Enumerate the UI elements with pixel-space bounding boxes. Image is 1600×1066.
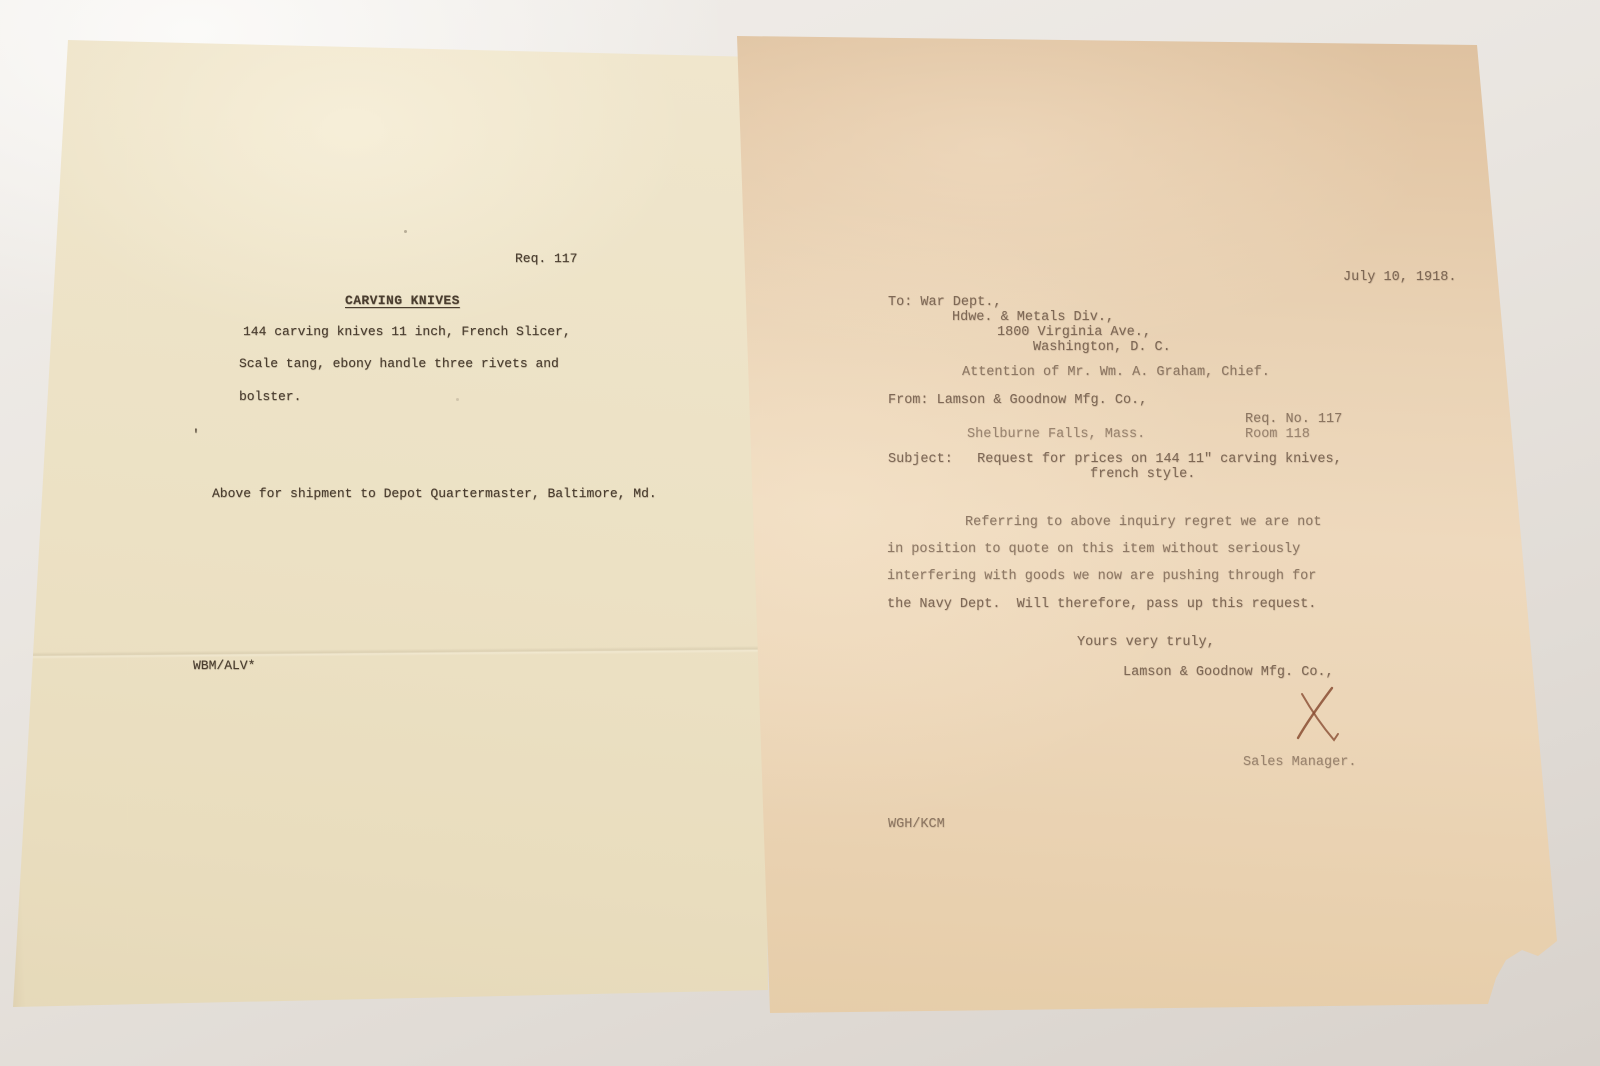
subject-line: french style. xyxy=(1090,468,1195,482)
body-line: 144 carving knives 11 inch, French Slice… xyxy=(243,325,571,338)
body-line: Scale tang, ebony handle three rivets an… xyxy=(239,357,559,370)
subject-line: Subject: Request for prices on 144 11" c… xyxy=(888,453,1342,467)
body-line: Referring to above inquiry regret we are… xyxy=(965,516,1321,530)
from-line: From: Lamson & Goodnow Mfg. Co., xyxy=(888,394,1147,408)
signed-title: Sales Manager. xyxy=(1243,756,1356,770)
attention-line: Attention of Mr. Wm. A. Graham, Chief. xyxy=(962,366,1270,380)
to-line: 1800 Virginia Ave., xyxy=(997,326,1151,340)
letter-date: July 10, 1918. xyxy=(1343,271,1456,285)
paper-fold-crease xyxy=(18,646,760,659)
req-number: Req. No. 117 xyxy=(1245,413,1342,427)
body-line: in position to quote on this item withou… xyxy=(887,543,1300,557)
body-line: bolster. xyxy=(239,390,301,403)
from-location: Shelburne Falls, Mass. xyxy=(967,428,1145,442)
company-signature-line: Lamson & Goodnow Mfg. Co., xyxy=(1123,666,1334,680)
to-line: To: War Dept., xyxy=(888,296,1001,310)
room-number: Room 118 xyxy=(1245,428,1310,442)
ink-speck xyxy=(404,230,407,233)
to-line: Hdwe. & Metals Div., xyxy=(952,311,1114,325)
typist-initials: WGH/KCM xyxy=(888,818,945,832)
ink-speck xyxy=(456,398,459,401)
document-title: CARVING KNIVES xyxy=(345,294,460,307)
body-line: interfering with goods we now are pushin… xyxy=(887,570,1316,584)
closing-line: Yours very truly, xyxy=(1077,636,1215,650)
signature-x-mark xyxy=(1288,684,1344,746)
typist-initials: WBM/ALV* xyxy=(193,659,255,672)
body-line: the Navy Dept. Will therefore, pass up t… xyxy=(887,598,1316,612)
photograph-background: Req. 117 CARVING KNIVES 144 carving kniv… xyxy=(0,0,1600,1066)
to-line: Washington, D. C. xyxy=(1033,341,1171,355)
req-number: Req. 117 xyxy=(515,252,577,265)
stray-typed-mark: ' xyxy=(192,428,200,441)
shipment-line: Above for shipment to Depot Quartermaste… xyxy=(212,487,657,500)
